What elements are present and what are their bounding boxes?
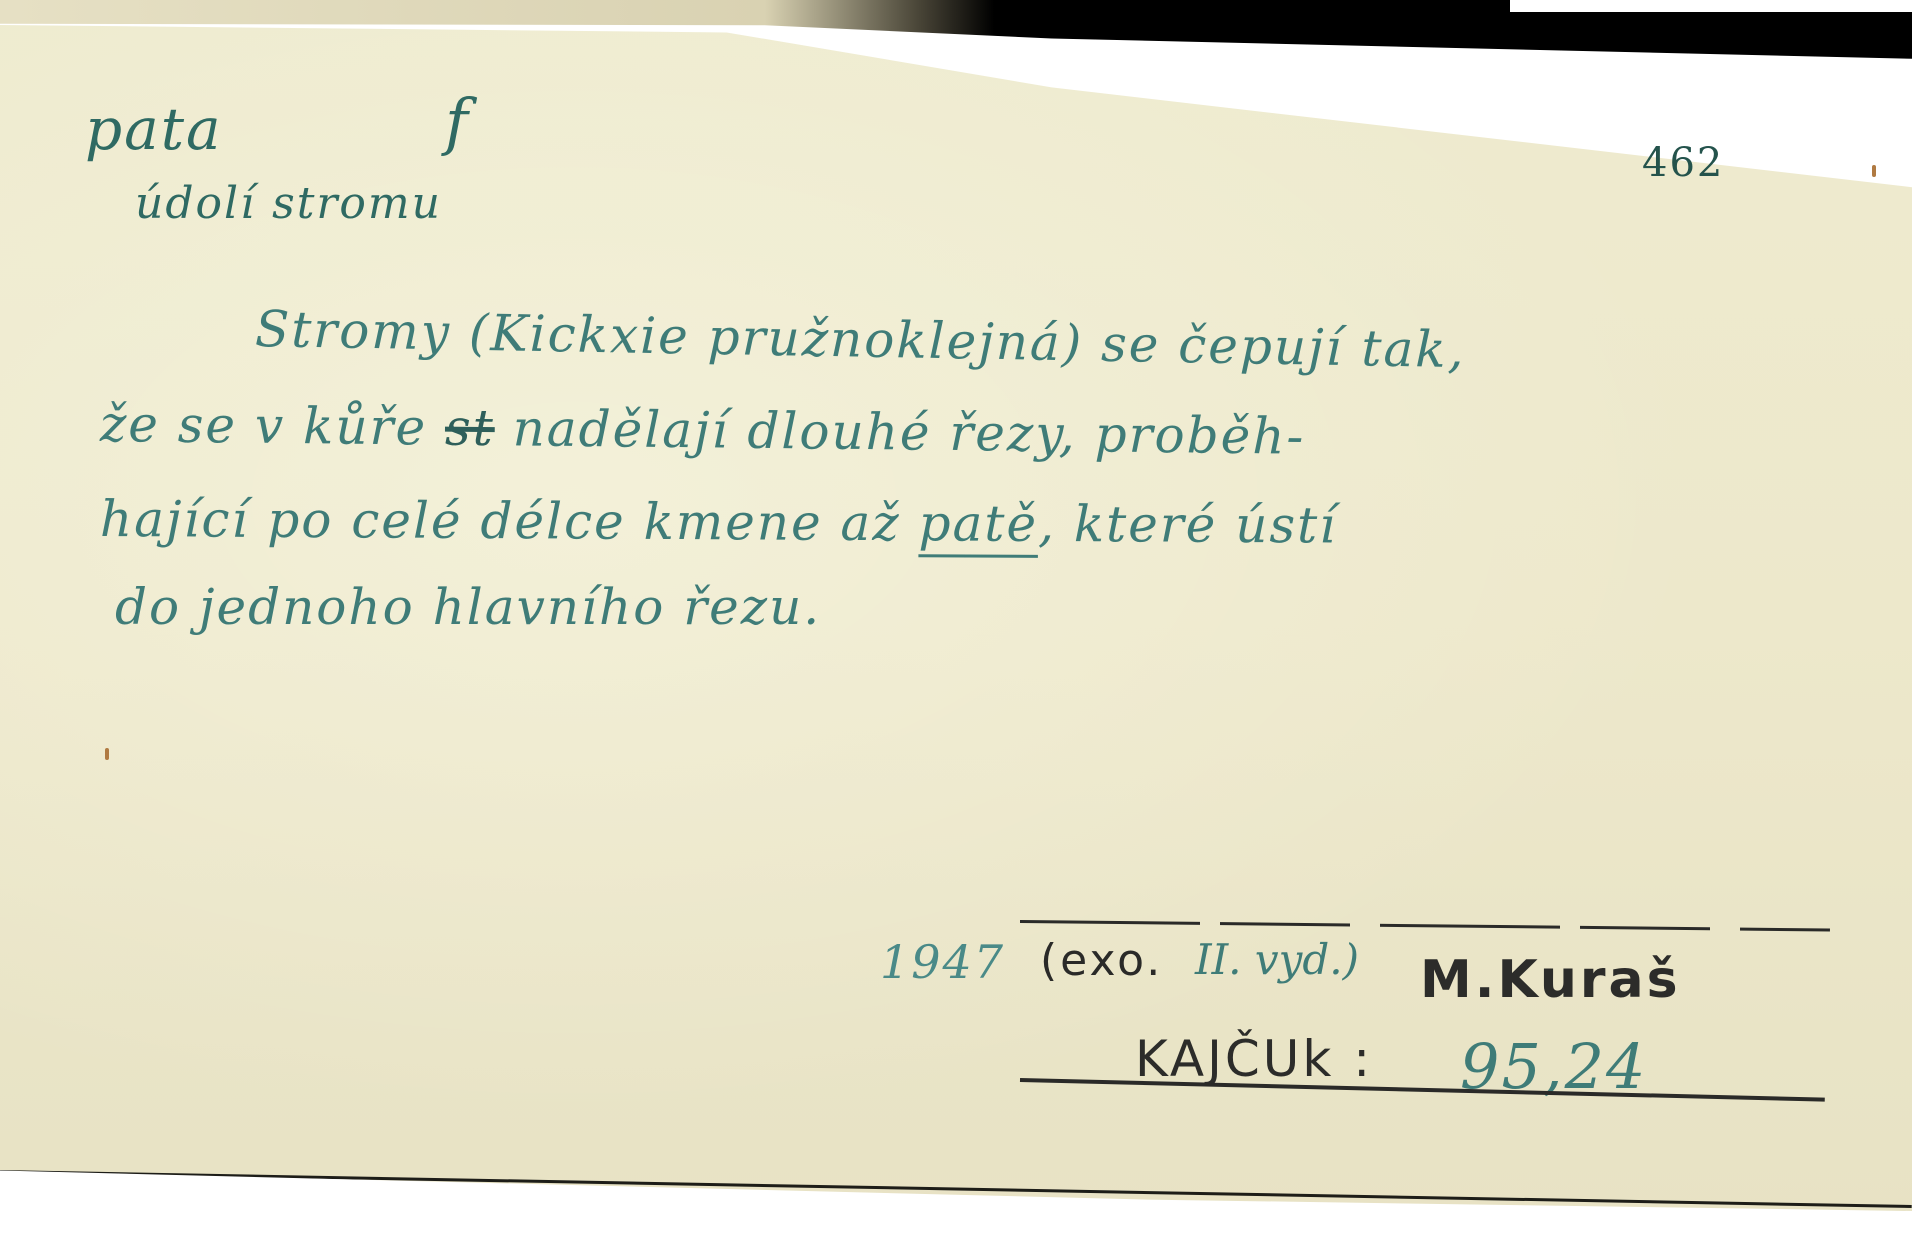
paper-speck [1872,165,1876,177]
grammatical-gender: f [445,85,470,158]
head-word: pata [85,95,223,163]
edition-handwritten: II. vyd.) [1195,935,1359,984]
author-stamp: M.Kuraš [1420,950,1681,1010]
body-line-4: do jednoho hlavního řezu. [115,578,821,636]
underlined-word: patě [918,494,1038,553]
source-stamp: KAJČUk : [1135,1030,1373,1088]
body-line-3-cont: , které ústí [1038,495,1337,555]
edition-stamp: (exo. [1040,935,1163,986]
body-line-2-cont: nadělají dlouhé řezy, proběh- [512,399,1305,465]
scanned-card: pata f údolí stromu 462 Stromy (Kickxie … [0,0,1912,1248]
scan-margin-top [1510,0,1912,12]
card-number: 462 [1642,140,1724,186]
body-line-3: hající po celé délce kmene až patě, kter… [100,490,1337,554]
paper-speck [105,748,109,760]
body-line-2-text: že se v kůře [100,395,428,456]
struck-through-text: st [445,399,495,458]
definition: údolí stromu [135,178,442,229]
citation-year: 1947 [880,935,1005,989]
body-line-3-text: hající po celé délce kmene až [100,490,919,552]
